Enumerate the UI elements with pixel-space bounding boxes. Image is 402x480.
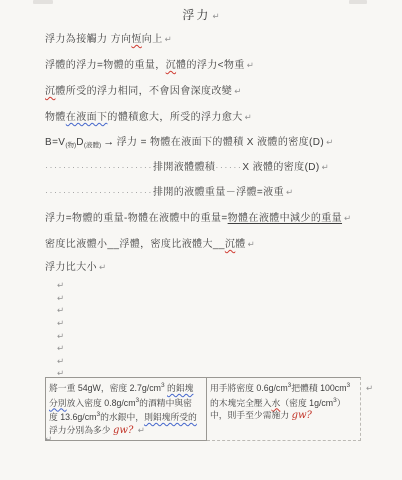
leader-dots: ························ [45,187,153,197]
text-run: 浮力分別為多少 [49,425,113,435]
text-run: 3 [347,382,351,389]
text-run: 放入密度 0.8g/cm [67,398,136,408]
text-run: 把體積 100cm [291,383,346,393]
text-line-5: B=V(物)D(液體)→浮力 = 物體在液面下的體積 X 液體的密度(D)↵ [45,136,333,152]
empty-paragraph-mark: ↵ [57,355,64,367]
text-run: 浮力 = 物體在液面下的體積 X 液體的密度(D) [117,137,325,148]
grammar-check-phrase: 的鋁塊 [167,383,193,393]
spellcheck-word: 沉 [225,239,235,250]
paragraph-mark: ↵ [344,213,351,223]
spellcheck-word: 恆 [131,34,141,45]
text-line-2: 浮體的浮力=物體的重量，沉體的浮力<物重↵ [45,59,254,72]
text-run: 浮力比大小 [45,262,97,273]
problem-text-line: 度 13.6g/cm3的水銀中，則鋁塊所受的 [49,409,203,424]
leader-dots: ······ [215,162,242,172]
text-run: D [76,137,84,148]
empty-paragraph-mark: ↵ [57,304,64,316]
paragraph-mark: ↵ [326,137,333,147]
scan-artifact [349,0,367,4]
problem-text-line: 中，則手至少需施力 gw? [210,409,357,423]
scan-artifact [33,0,53,4]
document-page: 浮力↵ 浮力為接觸力 方向恆向上↵ 浮體的浮力=物體的重量，沉體的浮力<物重↵ … [0,0,402,480]
empty-paragraph-mark: ↵ [57,342,64,354]
problem-text-line: 浮力分別為多少 gw? ↵ [49,424,203,438]
empty-paragraph-mark: ↵ [57,279,64,291]
text-run: (液體) [84,142,101,149]
problem-text-line: 用手將密度 0.6g/cm3把體積 100cm3 [210,380,357,395]
underlined-phrase: 物體在液體中減少的重量 [228,213,342,224]
text-run: 中，則手至少需施力 [210,410,292,420]
paragraph-mark: ↵ [286,187,293,197]
paragraph-mark: ↵ [212,11,219,21]
right-arrow-icon: → [103,136,114,148]
paragraph-mark: ↵ [45,433,52,445]
paragraph-mark: ↵ [234,86,241,96]
text-run: B=V [45,137,65,148]
text-line-7: ························排開的液體重量－浮體=液重↵ [45,186,293,199]
paragraph-mark: ↵ [366,382,373,394]
spellcheck-word: 沉 [45,86,55,97]
text-run: (物) [65,142,76,149]
text-run: 浮力=物體的重量-物體在液體中的重量= [45,213,228,224]
text-line-3: 沉體所受的浮力相同，不會因會深度改變↵ [45,85,241,98]
paragraph-mark: ↵ [99,262,106,272]
text-line-1: 浮力為接觸力 方向恆向上↵ [45,33,172,46]
text-line-4: 物體在液面下的體積愈大，所受的浮力愈大↵ [45,111,252,124]
problem-text-line: 將一重 54gW，密度 2.7g/cm3 的鋁塊 [49,380,203,395]
text-run: 體所受的浮力相同，不會因會深度改變 [55,86,232,97]
text-run: 將一重 54gW，密度 2.7g/cm [49,383,161,393]
problems-table: 將一重 54gW，密度 2.7g/cm3 的鋁塊 分別放入密度 0.8g/cm3… [45,377,361,441]
handwritten-answer: gw? [292,410,312,421]
leader-dots: ························ [45,162,153,172]
grammar-check-phrase: 則鋁塊所受的 [144,412,197,422]
text-line-10: 浮力比大小↵ [45,261,106,274]
text-run: 用手將密度 0.6g/cm [210,383,288,393]
problem-text-line: 分別放入密度 0.8g/cm3的酒精中與密 [49,395,203,410]
paragraph-mark: ↵ [135,425,144,435]
problem-text-line: 的木塊完全壓入水（密度 1g/cm3） [210,395,357,410]
text-run: 排開的液體重量－浮體=液重 [153,187,284,198]
text-run: 排開液體體積 [153,162,215,173]
text-run: 的木塊完全壓入 [210,398,272,408]
text-line-9: 密度比液體小__浮體，密度比液體大__沉體↵ [45,238,255,251]
paragraph-mark: ↵ [248,239,255,249]
empty-paragraph-mark: ↵ [57,317,64,329]
text-run: 密度比液體小__浮體，密度比液體大__ [45,239,225,250]
handwritten-answer: gw? [113,425,133,436]
text-run: 體 [235,239,245,250]
page-title: 浮力↵ [0,6,402,23]
empty-paragraph-mark: ↵ [57,330,64,342]
text-run: 物體 [45,112,66,123]
text-run: 的水銀中， [100,412,144,422]
paragraph-mark: ↵ [245,112,252,122]
paragraph-mark: ↵ [165,34,172,44]
text-run: 度 13.6g/cm [49,412,96,422]
grammar-check-phrase: 分別 [49,398,67,408]
empty-paragraph-mark: ↵ [57,292,64,304]
page-title-text: 浮力 [182,8,210,22]
problem-cell-aluminum: 將一重 54gW，密度 2.7g/cm3 的鋁塊 分別放入密度 0.8g/cm3… [45,377,207,441]
paragraph-mark: ↵ [322,162,329,172]
text-run: （密度 1g/cm [280,398,333,408]
text-run: 浮力為接觸力 方向 [45,34,131,45]
text-run: 體的浮力<物重 [176,60,245,71]
text-run: 的酒精中與密 [139,398,192,408]
text-run: 的體積愈大，所受的浮力愈大 [107,112,242,123]
text-line-6: ························排開液體體積······X 液體… [45,161,329,174]
text-run: X 液體的密度(D) [242,162,319,173]
text-run: 浮體的浮力=物體的重量， [45,60,166,71]
problem-cell-wood: 用手將密度 0.6g/cm3把體積 100cm3 的木塊完全壓入水（密度 1g/… [207,377,361,441]
grammar-check-phrase: 在液面下 [66,112,108,123]
text-run: ） [337,398,346,408]
text-line-8: 浮力=物體的重量-物體在液體中的重量=物體在液體中減少的重量↵ [45,212,351,225]
text-run: 向上 [142,34,163,45]
spellcheck-word: 沉 [166,60,176,71]
paragraph-mark: ↵ [247,60,254,70]
